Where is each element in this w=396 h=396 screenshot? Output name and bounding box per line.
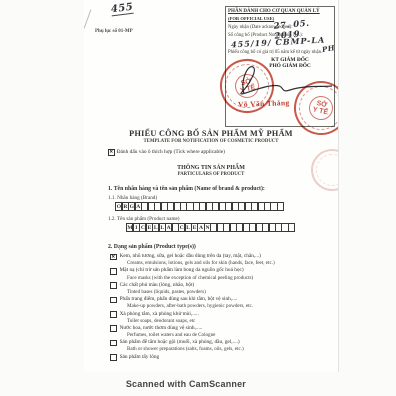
tick-instruction-row: Đánh dấu vào ô thích hợp (Tick where app…: [108, 149, 225, 156]
question1-heading: 1. Tên nhãn hàng và tên sản phẩm (Name o…: [108, 186, 265, 192]
product-type-checkbox: [110, 282, 117, 289]
product-type-checkbox: [110, 354, 117, 361]
section-product-info-en: PARTICULARS OF PRODUCT: [84, 172, 338, 177]
form-title-en: TEMPLATE FOR NOTIFICATION OF COSMETIC PR…: [84, 139, 338, 144]
brand-letter-grid: ORGA: [116, 202, 284, 211]
product-type-label-en: Bath or shower preparations (salts, foam…: [127, 346, 320, 352]
product-type-label-en: Toilet soaps, deodorant soaps, etc: [127, 318, 320, 324]
document-page: 455 Phụ lục số 01-MP PHẦN DÀNH CHO CƠ QU…: [84, 0, 339, 372]
product-type-checkbox: [110, 297, 117, 304]
product-type-label-en: Creams, emulsions, lotions, gels and oil…: [127, 260, 320, 266]
tick-instruction-checkbox: [108, 149, 115, 156]
handwritten-dossier-number: 455: [110, 2, 134, 17]
brand-label: 1.1. Nhãn hàng (Brand): [108, 195, 157, 201]
product-type-checkbox: [110, 254, 117, 261]
product-type-item: Sản phẩm tẩy lông: [110, 354, 320, 361]
validity-note: Phiếu công bố có giá trị 05 năm kể từ ng…: [228, 50, 324, 55]
product-type-label-en: Perfumes, toilet waters and eau de Colog…: [127, 332, 320, 338]
form-title-vi: PHIẾU CÔNG BỐ SẢN PHẨM MỸ PHẨM: [84, 129, 338, 138]
product-type-label-en: Make-up powders, after-bath powders, hyg…: [127, 303, 320, 309]
tick-instruction-label: Đánh dấu vào ô thích hợp (Tick where app…: [117, 149, 225, 155]
section-product-info-vi: THÔNG TIN SẢN PHẨM: [84, 165, 338, 171]
letter-cell: [288, 223, 295, 232]
product-type-checklist: Kem, nhũ tương, sữa, gel hoặc dầu dùng t…: [110, 253, 320, 362]
product-type-label-vi: Sản phẩm tẩy lông: [120, 354, 160, 360]
product-type-label-vi: Phấn trang điểm, phấn dùng sau khi tắm, …: [120, 296, 238, 302]
product-type-item: Xà phòng tắm, xà phòng khử mùi,.....Toil…: [110, 311, 320, 324]
product-type-item: Mặt nạ (chỉ trừ sản phẩm làm bong da ngu…: [110, 267, 320, 280]
page-corner-crease: [84, 9, 91, 28]
product-type-item: Sản phẩm để tắm hoặc gội (muối, xà phòng…: [110, 339, 320, 352]
official-box-subtitle: (FOR OFFICIAL USE): [228, 16, 274, 21]
letter-cell: [277, 202, 284, 211]
scan-background: 455 Phụ lục số 01-MP PHẦN DÀNH CHO CƠ QU…: [0, 0, 396, 396]
product-type-item: Nước hoa, nước thơm dùng vệ sinh,.....Pe…: [110, 325, 320, 338]
product-type-label-en: Tinted bases (liquids, pastes, powders): [127, 289, 320, 295]
product-name-label: 1.2. Tên sản phẩm (Product name): [108, 216, 180, 222]
product-type-label-vi: Mặt nạ (chỉ trừ sản phẩm làm bong da ngu…: [120, 267, 244, 273]
product-type-checkbox: [110, 311, 117, 318]
question2-heading: 2. Dạng sản phẩm (Product type(s)): [108, 244, 196, 250]
product-type-label-vi: Sản phẩm để tắm hoặc gội (muối, xà phòng…: [120, 339, 240, 345]
product-type-label-vi: Xà phòng tắm, xà phòng khử mùi,.....: [120, 311, 199, 317]
camscanner-watermark: Scanned with CamScanner: [0, 379, 246, 389]
product-type-label-vi: Kem, nhũ tương, sữa, gel hoặc dầu dùng t…: [120, 253, 261, 259]
product-type-item: Các chất phủ màu (lỏng, nhão, bột)Tinted…: [110, 282, 320, 295]
product-type-item: Phấn trang điểm, phấn dùng sau khi tắm, …: [110, 296, 320, 309]
product-type-checkbox: [110, 268, 117, 275]
product-type-label-en: Face masks (with the exception of chemic…: [127, 275, 320, 281]
product-type-item: Kem, nhũ tương, sữa, gel hoặc dầu dùng t…: [110, 253, 320, 266]
product-type-checkbox: [110, 340, 117, 347]
product-type-checkbox: [110, 325, 117, 332]
product-type-label-vi: Các chất phủ màu (lỏng, nhão, bột): [120, 282, 195, 288]
product-type-label-vi: Nước hoa, nước thơm dùng vệ sinh,.....: [120, 325, 203, 331]
appendix-label: Phụ lục số 01-MP: [95, 29, 133, 34]
official-box-title: PHẦN DÀNH CHO CƠ QUAN QUẢN LÝ: [228, 9, 330, 15]
product-name-letter-grid: MICELLACLEAN: [127, 223, 295, 232]
